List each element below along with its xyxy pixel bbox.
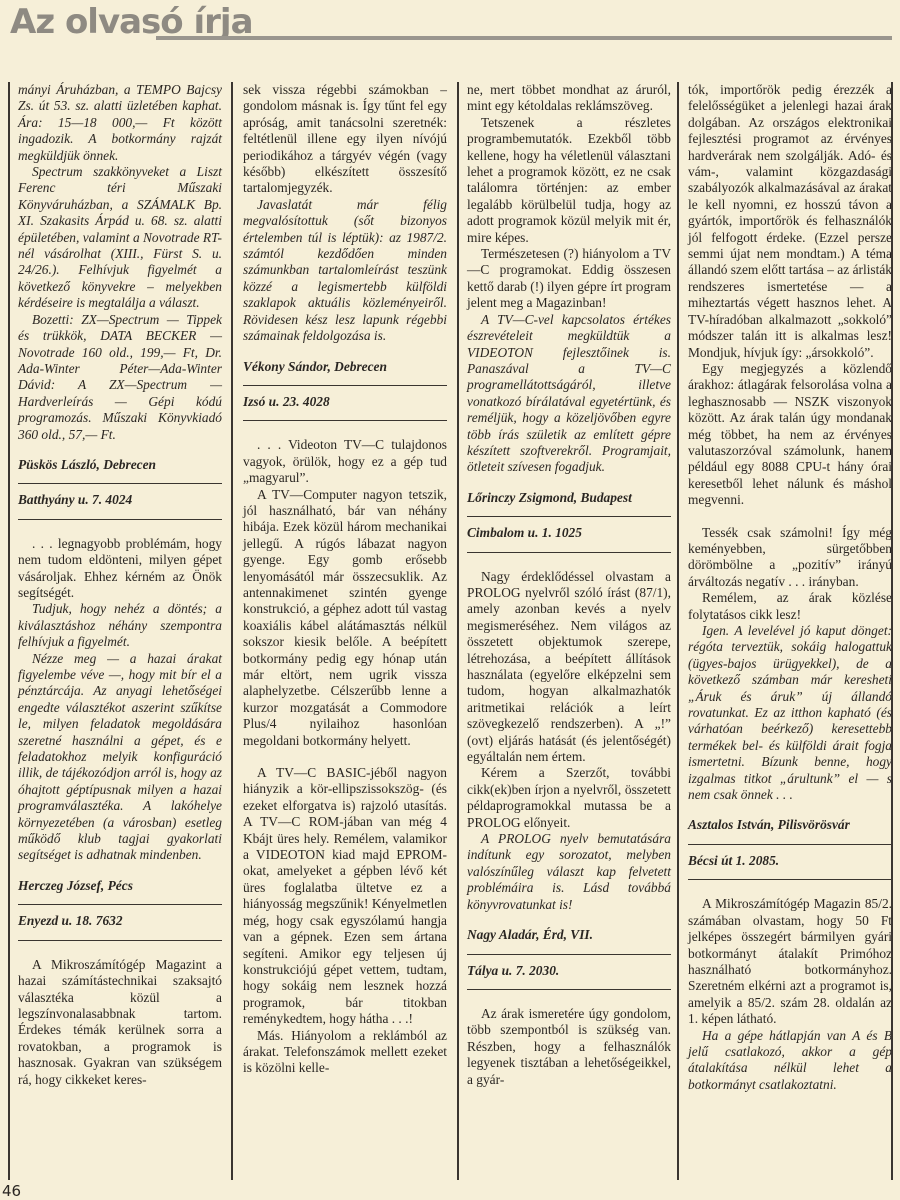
column-divider [891,82,893,1180]
letter-paragraph: A Mikroszámítógép Magazint a hazai számí… [18,957,222,1088]
letter-paragraph: Más. Hiányolom a reklámból az árakat. Te… [243,1028,447,1077]
letter-paragraph: Nagy érdeklődéssel olvastam a PROLOG nye… [467,569,671,766]
editor-reply-paragraph: A TV—C-vel kapcsolatos értékes észrevéte… [467,312,671,476]
letter-paragraph: . . . legnagyobb problémám, hogy nem tud… [18,536,222,602]
column-divider [677,82,679,1180]
letter-address: Izsó u. 23. 4028 [243,394,447,421]
editor-reply-paragraph: Tudjuk, hogy nehéz a döntés; a kiválaszt… [18,601,222,650]
letter-paragraph: Természetesen (?) hiányolom a TV—C progr… [467,246,671,312]
page-number: 46 [2,1182,21,1200]
editor-reply-paragraph: Bozetti: ZX—Spectrum — Tippek és trükkök… [18,312,222,443]
letter-paragraph: tók, importőrök pedig érezzék a felelőss… [688,82,892,361]
article-columns: mányi Áruházban, a TEMPO Bajcsy Zs. út 5… [0,82,900,1182]
editor-reply-paragraph: Spectrum szakkönyveket a Liszt Ferenc té… [18,164,222,312]
letter-address: Bécsi út 1. 2085. [688,853,892,880]
letter-signature: Lőrinczy Zsigmond, Budapest [467,490,671,517]
letter-paragraph: Az árak ismeretére úgy gondolom, több sz… [467,1006,671,1088]
letter-address: Tálya u. 7. 2030. [467,963,671,990]
column-3: ne, mert többet mondhat az áruról, mint … [467,82,671,1177]
editor-reply-paragraph: Igen. A levelével jó kaput dönget: régót… [688,623,892,803]
letter-address: Enyezd u. 18. 7632 [18,913,222,940]
column-2: sek vissza régebbi számokban – gondolom … [243,82,447,1177]
letter-signature: Asztalos István, Pilisvörösvár [688,817,892,844]
editor-reply-paragraph: mányi Áruházban, a TEMPO Bajcsy Zs. út 5… [18,82,222,164]
letter-signature: Herczeg József, Pécs [18,878,222,905]
column-divider [457,82,459,1180]
column-1: mányi Áruházban, a TEMPO Bajcsy Zs. út 5… [18,82,222,1177]
letter-address: Cimbalom u. 1. 1025 [467,525,671,552]
letter-paragraph: . . . Videoton TV—C tulajdonos vagyok, ö… [243,437,447,486]
letter-paragraph: A Mikroszámítógép Magazin 85/2. számában… [688,896,892,1027]
letter-signature: Püskös László, Debrecen [18,457,222,484]
column-divider [231,82,233,1180]
letter-address: Batthyány u. 7. 4024 [18,492,222,519]
letter-paragraph: Tessék csak számolni! Így még keményebbe… [688,525,892,591]
letter-signature: Vékony Sándor, Debrecen [243,359,447,386]
letter-paragraph: sek vissza régebbi számokban – gondolom … [243,82,447,197]
editor-reply-paragraph: Ha a gépe hátlapján van A és B jelű csat… [688,1028,892,1094]
letter-paragraph: Egy megjegyzés a közlendő árakhoz: átlag… [688,361,892,509]
letter-paragraph: Tetszenek a részletes programbemutatók. … [467,115,671,246]
letter-paragraph: A TV—Computer nagyon tetszik, jól haszná… [243,487,447,750]
editor-reply-paragraph: A PROLOG nyelv bemutatására indítunk egy… [467,831,671,913]
header-rule [156,36,892,40]
column-divider [8,82,10,1180]
letter-paragraph: A TV—C BASIC-jéből nagyon hiányzik a kör… [243,765,447,1028]
editor-reply-paragraph: Javaslatát már félig megvalósítottuk (ső… [243,197,447,345]
letter-paragraph: ne, mert többet mondhat az áruról, mint … [467,82,671,115]
letter-paragraph: Remélem, az árak közlése folytatásos cik… [688,590,892,623]
editor-reply-paragraph: Nézze meg — a hazai árakat figyelembe vé… [18,651,222,864]
column-4: tók, importőrök pedig érezzék a felelőss… [688,82,892,1177]
letter-signature: Nagy Aladár, Érd, VII. [467,927,671,954]
section-header: Az olvasó írja [6,4,896,44]
letter-paragraph: Kérem a Szerzőt, további cikk(ek)ben írj… [467,765,671,831]
